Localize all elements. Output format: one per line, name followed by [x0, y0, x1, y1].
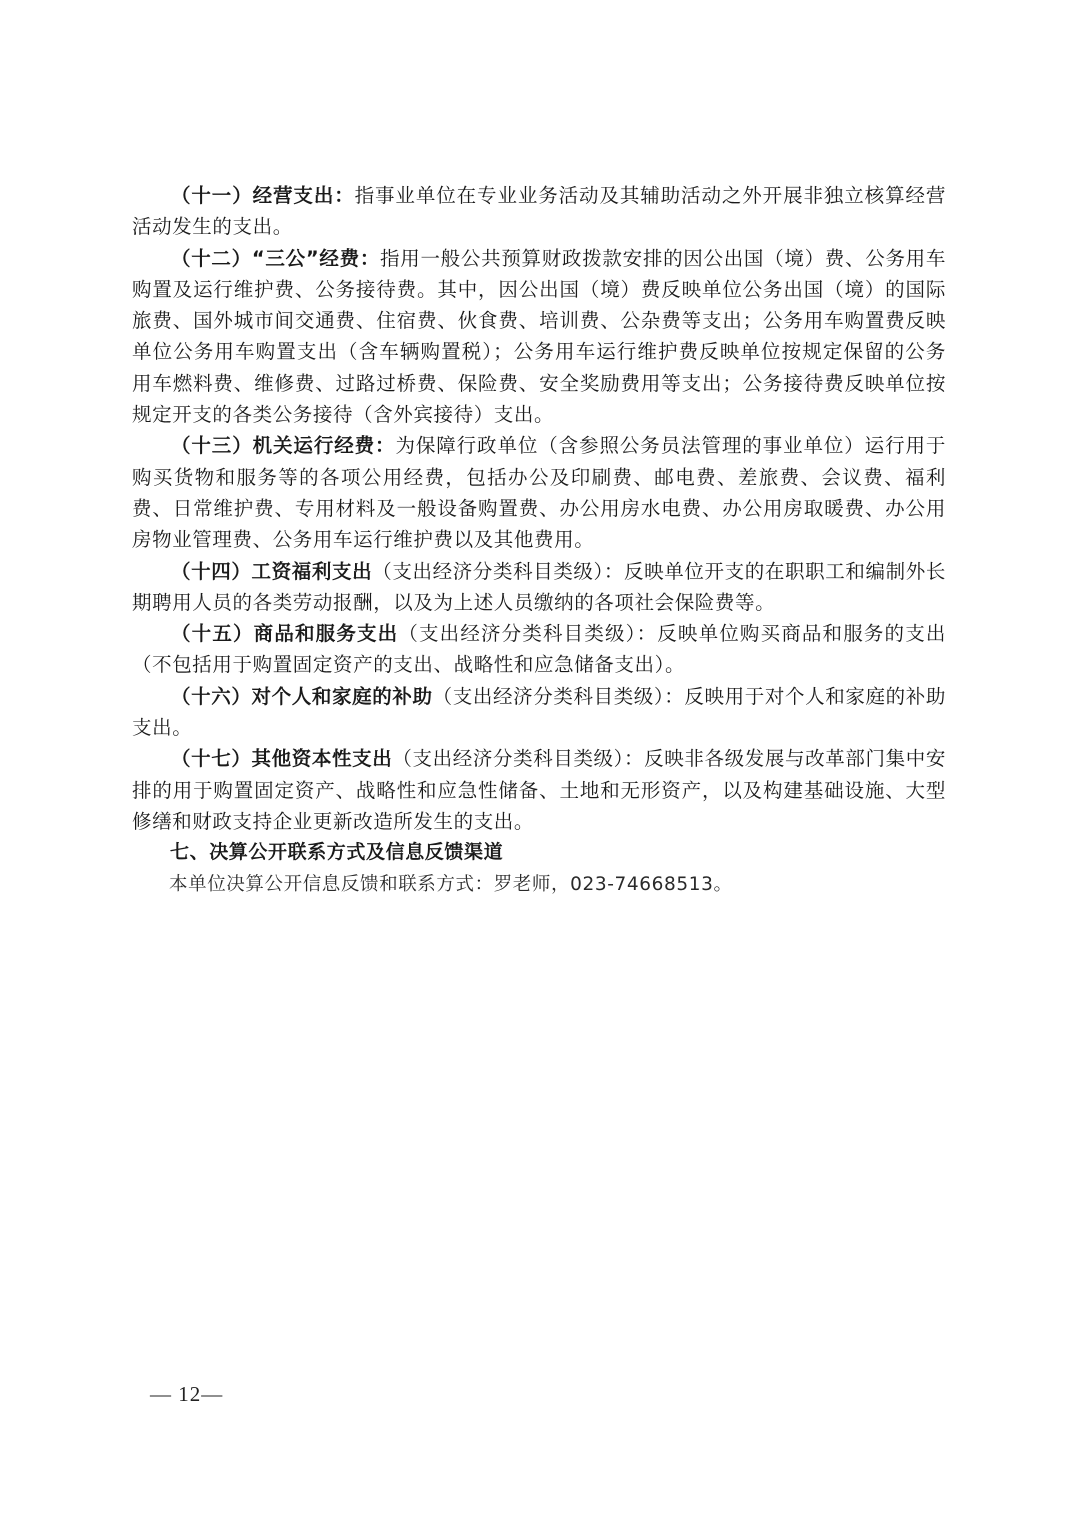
definition-term: （十四）工资福利支出 — [171, 560, 372, 583]
definition-item-12: （十二）“三公”经费：指用一般公共预算财政拨款安排的因公出国（境）费、公务用车购… — [132, 243, 946, 431]
definition-text: 指用一般公共预算财政拨款安排的因公出国（境）费、公务用车购置及运行维护费、公务接… — [132, 247, 946, 426]
definition-term: （十一）经营支出 — [171, 184, 334, 207]
definition-term: （十六）对个人和家庭的补助 — [171, 685, 433, 708]
term-separator: ： — [334, 184, 354, 207]
definition-term: （十五）商品和服务支出 — [171, 622, 398, 645]
page-number: — 12— — [150, 1382, 223, 1407]
document-body: （十一）经营支出：指事业单位在专业业务活动及其辅助活动之外开展非独立核算经营活动… — [132, 180, 946, 900]
definition-term: （十七）其他资本性支出 — [171, 747, 392, 770]
section-heading: 七、决算公开联系方式及信息反馈渠道 — [132, 837, 946, 868]
term-separator: ： — [360, 247, 380, 270]
definition-item-11: （十一）经营支出：指事业单位在专业业务活动及其辅助活动之外开展非独立核算经营活动… — [132, 180, 946, 243]
term-separator: ： — [375, 434, 395, 457]
definition-item-13: （十三）机关运行经费：为保障行政单位（含参照公务员法管理的事业单位）运行用于购买… — [132, 430, 946, 555]
definition-item-15: （十五）商品和服务支出（支出经济分类科目类级）：反映单位购买商品和服务的支出（不… — [132, 618, 946, 681]
definition-item-17: （十七）其他资本性支出（支出经济分类科目类级）：反映非各级发展与改革部门集中安排… — [132, 743, 946, 837]
definition-term: （十二）“三公”经费 — [171, 247, 360, 270]
definition-item-16: （十六）对个人和家庭的补助（支出经济分类科目类级）：反映用于对个人和家庭的补助支… — [132, 681, 946, 744]
contact-info: 本单位决算公开信息反馈和联系方式：罗老师，023-74668513。 — [132, 869, 946, 900]
definition-term: （十三）机关运行经费 — [171, 434, 375, 457]
definition-item-14: （十四）工资福利支出（支出经济分类科目类级）：反映单位开支的在职职工和编制外长期… — [132, 556, 946, 619]
